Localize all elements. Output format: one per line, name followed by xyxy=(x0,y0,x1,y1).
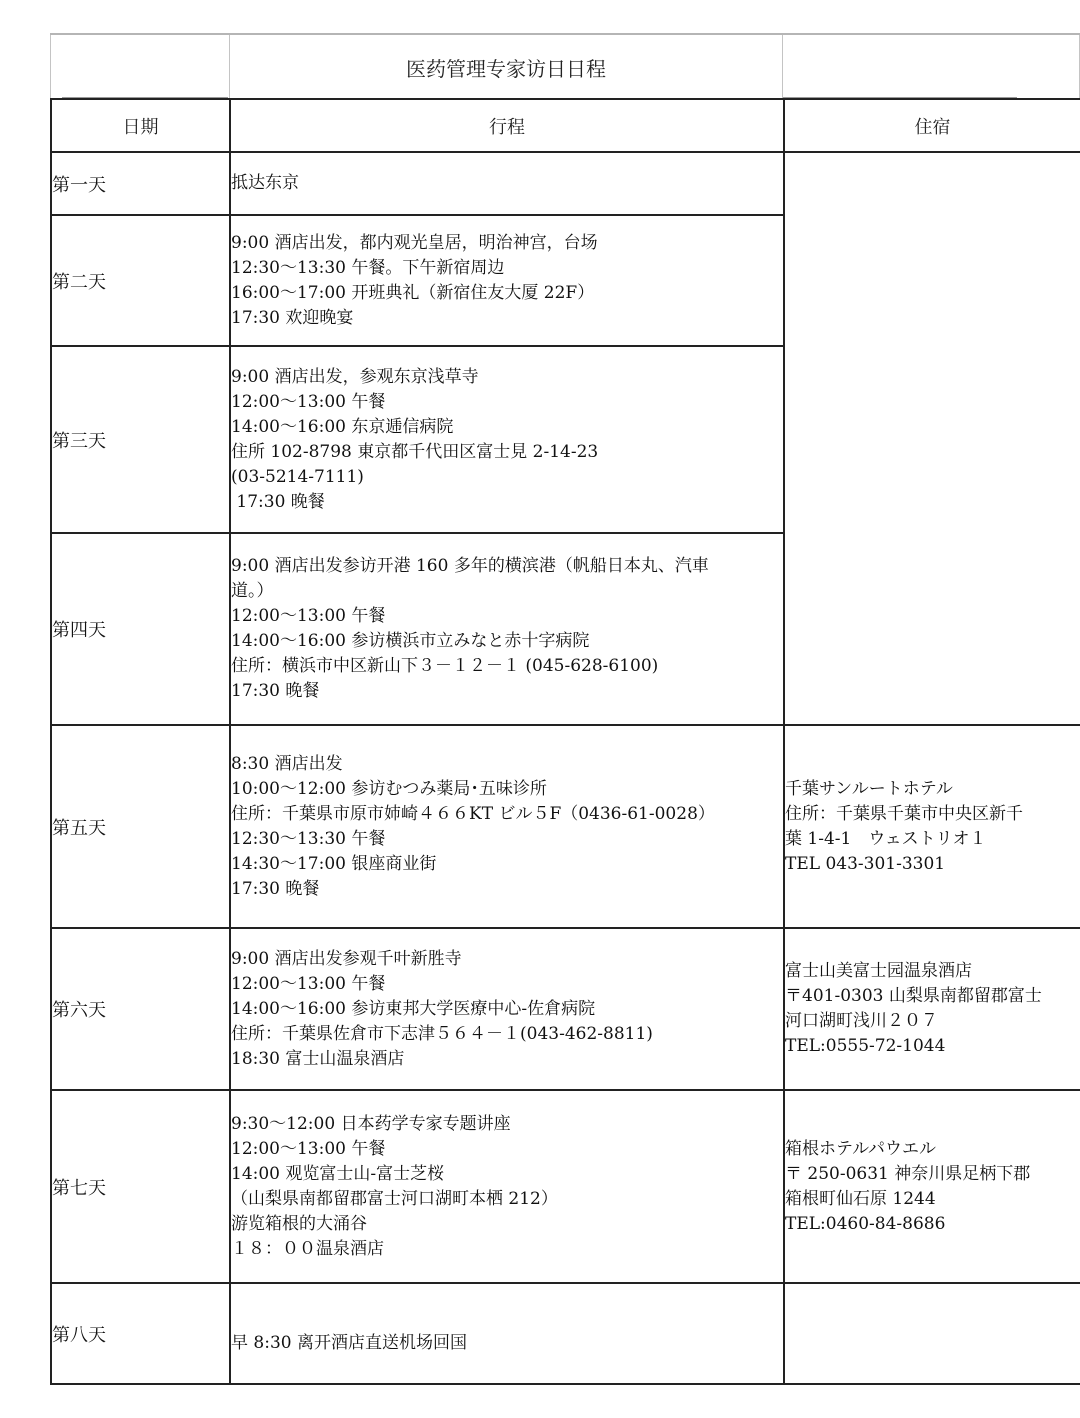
lodging-line: 葉 1-4-1 ウェストリオ１ xyxy=(785,827,1080,852)
day-label: 第七天 xyxy=(51,1090,230,1283)
itinerary-line: （山梨県南都留郡富士河口湖町本栖 212） xyxy=(231,1187,783,1212)
day-label: 第四天 xyxy=(51,533,230,725)
day-label: 第八天 xyxy=(51,1283,230,1384)
itinerary-line: 17:30 晚餐 xyxy=(231,490,783,515)
itinerary-line: 游览箱根的大涌谷 xyxy=(231,1212,783,1237)
itinerary-line: 9:00 酒店出发，参观东京浅草寺 xyxy=(231,365,783,390)
table-row: 第六天 9:00 酒店出发参观千叶新胜寺 12:00～13:00 午餐 14:0… xyxy=(51,928,1080,1090)
itinerary-line: 9:00 酒店出发参访开港 160 多年的横滨港（帆船日本丸、汽車 xyxy=(231,554,783,579)
day-label: 第六天 xyxy=(51,928,230,1090)
itinerary-line: 12:30～13:30 午餐。下午新宿周边 xyxy=(231,256,783,281)
table-row: 第一天 抵达东京 xyxy=(51,152,1080,215)
lodging-line: 箱根ホテルパウエル xyxy=(785,1137,1080,1162)
itinerary-line: 住所：千葉県佐倉市下志津５６４－１(043-462-8811) xyxy=(231,1022,783,1047)
itinerary-cell: 9:30～12:00 日本药学专家专题讲座 12:00～13:00 午餐 14:… xyxy=(230,1090,784,1283)
itinerary-line: 14:00～16:00 参访東邦大学医療中心-佐倉病院 xyxy=(231,997,783,1022)
lodging-line: TEL 043-301-3301 xyxy=(785,852,1080,877)
lodging-line: 箱根町仙石原 1244 xyxy=(785,1187,1080,1212)
lodging-line: 千葉サンルートホテル xyxy=(785,777,1080,802)
itinerary-line: 14:00～16:00 参访横浜市立みなと赤十字病院 xyxy=(231,629,783,654)
header-date: 日期 xyxy=(51,99,230,152)
lodging-line: TEL:0555-72-1044 xyxy=(785,1034,1080,1059)
header-lodging: 住宿 xyxy=(784,99,1080,152)
header-row: 日期 行程 住宿 xyxy=(51,99,1080,152)
itinerary-line: 12:00～13:00 午餐 xyxy=(231,972,783,997)
itinerary-line: 9:30～12:00 日本药学专家专题讲座 xyxy=(231,1112,783,1137)
itinerary-line: 9:00 酒店出发，都内观光皇居，明治神宫，台场 xyxy=(231,231,783,256)
schedule-table: 日期 行程 住宿 第一天 抵达东京 第二天 9:00 酒店出发，都内观光皇居，明… xyxy=(50,98,1080,1385)
day-label: 第五天 xyxy=(51,725,230,928)
itinerary-line: 18:30 富士山温泉酒店 xyxy=(231,1047,783,1072)
itinerary-cell: 抵达东京 xyxy=(230,152,784,215)
lodging-line: 河口湖町浅川２０７ xyxy=(785,1009,1080,1034)
lodging-line: 〒401-0303 山梨県南都留郡富士 xyxy=(785,984,1080,1009)
lodging-cell xyxy=(784,152,1080,725)
itinerary-cell: 8:30 酒店出发 10:00～12:00 参访むつみ薬局･五味诊所 住所：千葉… xyxy=(230,725,784,928)
document-title: 医药管理专家访日日程 xyxy=(229,35,783,99)
lodging-cell: 富士山美富士园温泉酒店 〒401-0303 山梨県南都留郡富士 河口湖町浅川２０… xyxy=(784,928,1080,1090)
itinerary-line: 14:30～17:00 银座商业街 xyxy=(231,852,783,877)
itinerary-line: 14:00 观览富士山-富士芝桜 xyxy=(231,1162,783,1187)
itinerary-line: 住所：横浜市中区新山下３－１２－１ (045-628-6100) xyxy=(231,654,783,679)
day-label: 第三天 xyxy=(51,346,230,533)
itinerary-line: 16:00～17:00 开班典礼（新宿住友大厦 22F） xyxy=(231,281,783,306)
itinerary-line: 12:00～13:00 午餐 xyxy=(231,1137,783,1162)
itinerary-line: 道。） xyxy=(231,579,783,604)
itinerary-cell: 9:00 酒店出发参观千叶新胜寺 12:00～13:00 午餐 14:00～16… xyxy=(230,928,784,1090)
table-row: 第五天 8:30 酒店出发 10:00～12:00 参访むつみ薬局･五味诊所 住… xyxy=(51,725,1080,928)
itinerary-line: 抵达东京 xyxy=(231,171,783,196)
itinerary-line: 17:30 晚餐 xyxy=(231,877,783,902)
lodging-cell: 箱根ホテルパウエル 〒 250-0631 神奈川県足柄下郡 箱根町仙石原 124… xyxy=(784,1090,1080,1283)
itinerary-line: 14:00～16:00 东京逓信病院 xyxy=(231,415,783,440)
itinerary-line: 住所：千葉県市原市姉崎４６６KT ビル５F（0436-61-0028） xyxy=(231,802,783,827)
lodging-cell: 千葉サンルートホテル 住所：千葉県千葉市中央区新千 葉 1-4-1 ウェストリオ… xyxy=(784,725,1080,928)
lodging-line: 富士山美富士园温泉酒店 xyxy=(785,959,1080,984)
itinerary-line: 住所 102-8798 東京都千代田区富士見 2-14-23 xyxy=(231,440,783,465)
table-row: 第七天 9:30～12:00 日本药学专家专题讲座 12:00～13:00 午餐… xyxy=(51,1090,1080,1283)
itinerary-line: 9:00 酒店出发参观千叶新胜寺 xyxy=(231,947,783,972)
day-label: 第二天 xyxy=(51,215,230,346)
title-left-cell xyxy=(50,35,229,99)
header-itinerary: 行程 xyxy=(230,99,784,152)
itinerary-line: 17:30 晚餐 xyxy=(231,679,783,704)
table-row: 第八天 早 8:30 离开酒店直送机场回国 xyxy=(51,1283,1080,1384)
itinerary-line: 8:30 酒店出发 xyxy=(231,752,783,777)
itinerary-line: 12:00～13:00 午餐 xyxy=(231,604,783,629)
day-label: 第一天 xyxy=(51,152,230,215)
itinerary-line: 10:00～12:00 参访むつみ薬局･五味诊所 xyxy=(231,777,783,802)
lodging-line: TEL:0460-84-8686 xyxy=(785,1212,1080,1237)
itinerary-line: 12:30～13:30 午餐 xyxy=(231,827,783,852)
itinerary-line: 早 8:30 离开酒店直送机场回国 xyxy=(231,1331,783,1356)
itinerary-cell: 早 8:30 离开酒店直送机场回国 xyxy=(230,1283,784,1384)
itinerary-line: １８：００温泉酒店 xyxy=(231,1237,783,1262)
itinerary-cell: 9:00 酒店出发参访开港 160 多年的横滨港（帆船日本丸、汽車 道。） 12… xyxy=(230,533,784,725)
itinerary-line: (03-5214-7111) xyxy=(231,465,783,490)
itinerary-line: 12:00～13:00 午餐 xyxy=(231,390,783,415)
title-row: 医药管理专家访日日程 xyxy=(50,33,1080,99)
itinerary-line: 17:30 欢迎晚宴 xyxy=(231,306,783,331)
lodging-cell xyxy=(784,1283,1080,1384)
itinerary-cell: 9:00 酒店出发，参观东京浅草寺 12:00～13:00 午餐 14:00～1… xyxy=(230,346,784,533)
lodging-line: 〒 250-0631 神奈川県足柄下郡 xyxy=(785,1162,1080,1187)
itinerary-cell: 9:00 酒店出发，都内观光皇居，明治神宫，台场 12:30～13:30 午餐。… xyxy=(230,215,784,346)
lodging-line: 住所：千葉県千葉市中央区新千 xyxy=(785,802,1080,827)
title-right-cell xyxy=(783,35,1080,99)
